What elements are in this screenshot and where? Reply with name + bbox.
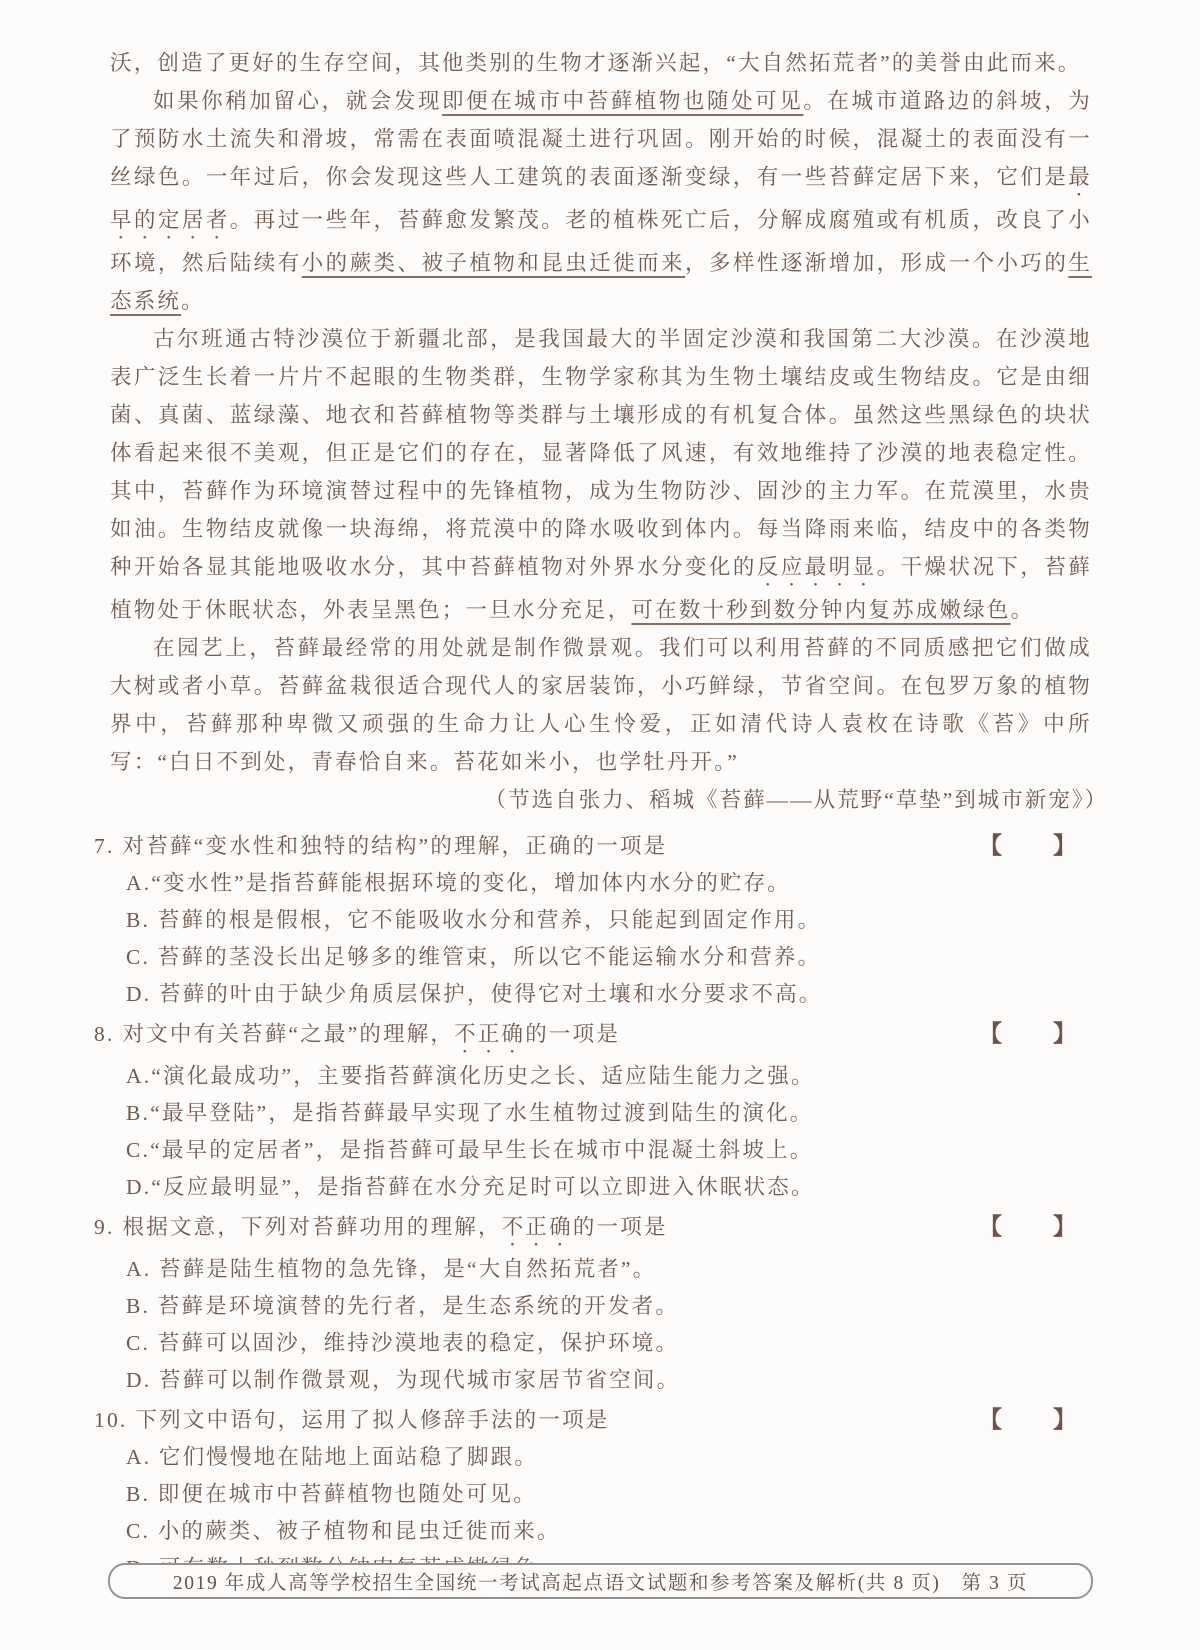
plain-text: 沃，创造了更好的生存空间，其他类别的生物才逐渐兴起，“大自然拓荒者”的美誉由此而… [110, 51, 1082, 75]
question-9-option-c: C. 苔藓可以固沙，维持沙漠地表的稳定，保护环境。 [126, 1325, 1092, 1362]
question-7-number: 7. [94, 834, 115, 858]
plain-text: 。 [181, 289, 205, 313]
question-9-option-b: B. 苔藓是环境演替的先行者，是生态系统的开发者。 [126, 1288, 1092, 1325]
plain-text: 。 [1011, 598, 1035, 622]
plain-text: 在园艺上，苔藓最经常的用处就是制作微景观。我们可以利用苔藓的不同质感把它们做成大… [110, 636, 1092, 774]
underlined-text: 即便在城市中苔藓植物也随处可见 [442, 89, 803, 113]
question-7-option-d: D. 苔藓的叶由于缺少角质层保护，使得它对土壤和水分要求不高。 [126, 976, 1092, 1013]
question-10-stem-row: 10.下列文中语句，运用了拟人修辞手法的一项是 【 】 [94, 1401, 1092, 1439]
emphasized-text: 不正确 [502, 1215, 573, 1239]
question-9-stem-row: 9.根据文意，下列对苔藓功用的理解，不正确的一项是 【 】 [94, 1208, 1092, 1251]
question-8-number: 8. [94, 1022, 115, 1046]
question-7: 7.对苔藓“变水性和独特的结构”的理解，正确的一项是 【 】 A.“变水性”是指… [110, 827, 1092, 1013]
page-content: 沃，创造了更好的生存空间，其他类别的生物才逐渐兴起，“大自然拓荒者”的美誉由此而… [110, 44, 1092, 1587]
underlined-text: 可在数十秒到数分钟内复苏成嫩绿色 [631, 598, 1010, 622]
question-7-option-a: A.“变水性”是指苔藓能根据环境的变化，增加体内水分的贮存。 [126, 865, 1092, 902]
question-9-answer-bracket: 【 】 [979, 1208, 1090, 1245]
page-footer: 2019 年成人高等学校招生全国统一考试高起点语文试题和参考答案及解析(共 8 … [108, 1563, 1093, 1599]
question-9: 9.根据文意，下列对苔藓功用的理解，不正确的一项是 【 】 A. 苔藓是陆生植物… [110, 1208, 1092, 1399]
question-9-option-d: D. 苔藓可以制作微景观，为现代城市家居节省空间。 [126, 1362, 1092, 1399]
question-7-option-c: C. 苔藓的茎没长出足够多的维管束，所以它不能运输水分和营养。 [126, 939, 1092, 976]
passage-paragraph-2: 如果你稍加留心，就会发现即便在城市中苔藓植物也随处可见。在城市道路边的斜坡，为了… [110, 82, 1092, 320]
question-9-stem: 9.根据文意，下列对苔藓功用的理解，不正确的一项是 [94, 1209, 668, 1251]
question-10-stem: 10.下列文中语句，运用了拟人修辞手法的一项是 [94, 1402, 610, 1439]
question-7-stem-row: 7.对苔藓“变水性和独特的结构”的理解，正确的一项是 【 】 [94, 827, 1092, 865]
question-10-option-c: C. 小的蕨类、被子植物和昆虫迁徙而来。 [126, 1513, 1092, 1550]
underlined-text: 小的蕨类、被子植物和昆虫迁徙而来 [302, 251, 685, 275]
plain-text: 如果你稍加留心，就会发现 [153, 89, 442, 113]
plain-text: 的一项是 [525, 1022, 620, 1046]
question-8-option-a: A.“演化最成功”，主要指苔藓演化历史之长、适应陆生能力之强。 [126, 1058, 1092, 1095]
plain-text: 对文中有关苔藓“之最”的理解， [123, 1022, 455, 1046]
plain-text: 的一项是 [573, 1215, 668, 1239]
question-8: 8.对文中有关苔藓“之最”的理解，不正确的一项是 【 】 A.“演化最成功”，主… [110, 1015, 1092, 1206]
question-9-number: 9. [94, 1215, 115, 1239]
plain-text: 根据文意，下列对苔藓功用的理解， [123, 1215, 502, 1239]
plain-text: 对苔藓“变水性和独特的结构”的理解，正确的一项是 [123, 834, 668, 858]
question-7-stem-text: 对苔藓“变水性和独特的结构”的理解，正确的一项是 [123, 834, 668, 858]
exam-page: 沃，创造了更好的生存空间，其他类别的生物才逐渐兴起，“大自然拓荒者”的美誉由此而… [0, 0, 1200, 1650]
question-10-option-a: A. 它们慢慢地在陆地上面站稳了脚跟。 [126, 1439, 1092, 1476]
question-10-stem-text: 下列文中语句，运用了拟人修辞手法的一项是 [135, 1408, 609, 1432]
question-7-option-b: B. 苔藓的根是假根，它不能吸收水分和营养，只能起到固定作用。 [126, 902, 1092, 939]
question-8-stem: 8.对文中有关苔藓“之最”的理解，不正确的一项是 [94, 1016, 620, 1058]
emphasized-text: 不正确 [454, 1022, 525, 1046]
questions-section: 7.对苔藓“变水性和独特的结构”的理解，正确的一项是 【 】 A.“变水性”是指… [110, 827, 1092, 1587]
question-10-option-b: B. 即便在城市中苔藓植物也随处可见。 [126, 1476, 1092, 1513]
question-8-stem-text: 对文中有关苔藓“之最”的理解，不正确的一项是 [123, 1022, 621, 1046]
reading-passage: 沃，创造了更好的生存空间，其他类别的生物才逐渐兴起，“大自然拓荒者”的美誉由此而… [110, 44, 1092, 819]
passage-attribution: （节选自张力、稻城《苔藓——从荒野“草垫”到城市新宠》） [110, 781, 1108, 819]
passage-paragraph-continuation: 沃，创造了更好的生存空间，其他类别的生物才逐渐兴起，“大自然拓荒者”的美誉由此而… [110, 44, 1092, 82]
question-10-answer-bracket: 【 】 [979, 1401, 1090, 1438]
question-9-option-a: A. 苔藓是陆生植物的急先锋，是“大自然拓荒者”。 [126, 1251, 1092, 1288]
question-8-option-d: D.“反应最明显”，是指苔藓在水分充足时可以立即进入休眠状态。 [126, 1169, 1092, 1206]
question-10: 10.下列文中语句，运用了拟人修辞手法的一项是 【 】 A. 它们慢慢地在陆地上… [110, 1401, 1092, 1587]
passage-paragraph-3: 古尔班通古特沙漠位于新疆北部，是我国最大的半固定沙漠和我国第二大沙漠。在沙漠地表… [110, 320, 1092, 629]
plain-text: 古尔班通古特沙漠位于新疆北部，是我国最大的半固定沙漠和我国第二大沙漠。在沙漠地表… [110, 327, 1092, 579]
plain-text: ，多样性逐渐增加，形成一个小巧的 [685, 251, 1068, 275]
passage-paragraph-4: 在园艺上，苔藓最经常的用处就是制作微景观。我们可以利用苔藓的不同质感把它们做成大… [110, 629, 1092, 781]
plain-text: 下列文中语句，运用了拟人修辞手法的一项是 [135, 1408, 609, 1432]
question-8-option-b: B.“最早登陆”，是指苔藓最早实现了水生植物过渡到陆生的演化。 [126, 1095, 1092, 1132]
emphasized-text: 反应最明显 [757, 555, 877, 579]
page-footer-text: 2019 年成人高等学校招生全国统一考试高起点语文试题和参考答案及解析(共 8 … [173, 1567, 1028, 1595]
question-7-stem: 7.对苔藓“变水性和独特的结构”的理解，正确的一项是 [94, 828, 667, 865]
question-10-number: 10. [94, 1408, 127, 1432]
question-8-option-c: C.“最早的定居者”，是指苔藓可最早生长在城市中混凝土斜坡上。 [126, 1132, 1092, 1169]
question-9-stem-text: 根据文意，下列对苔藓功用的理解，不正确的一项是 [123, 1215, 668, 1239]
question-7-answer-bracket: 【 】 [979, 827, 1090, 864]
question-8-answer-bracket: 【 】 [979, 1015, 1090, 1052]
question-8-stem-row: 8.对文中有关苔藓“之最”的理解，不正确的一项是 【 】 [94, 1015, 1092, 1058]
